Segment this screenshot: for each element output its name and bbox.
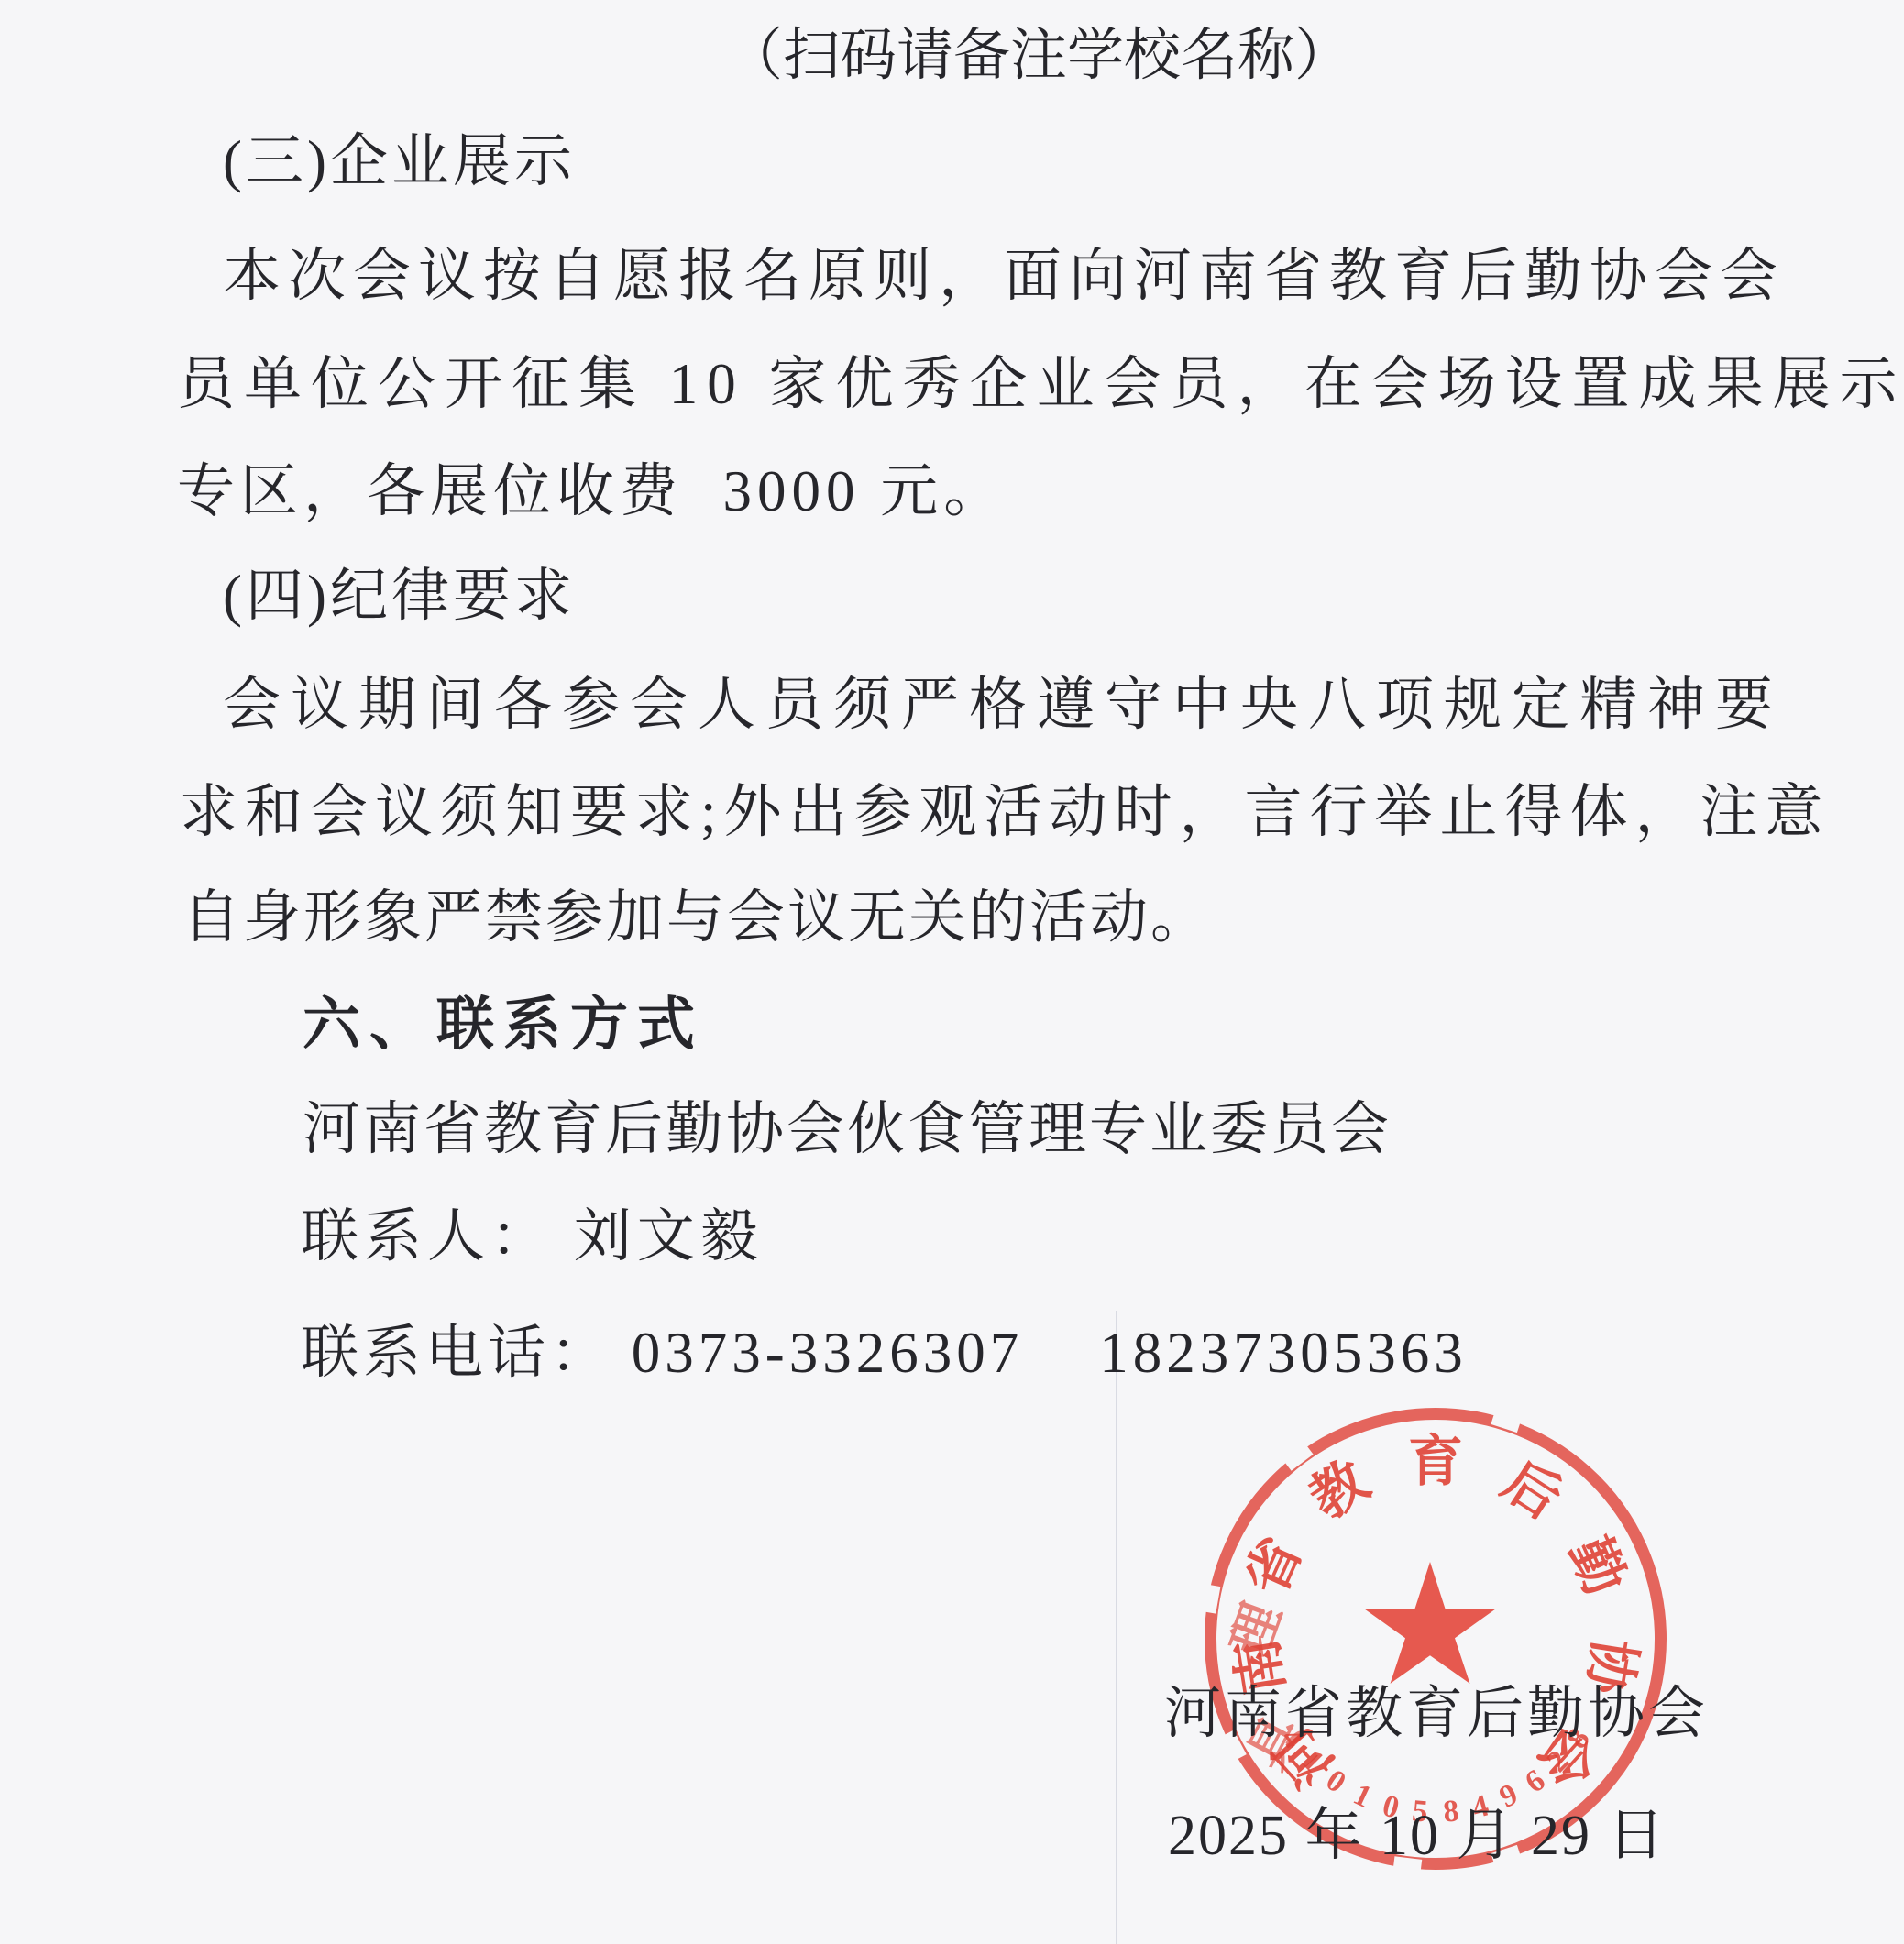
qr-caption-line: （扫码请备注学校名称） bbox=[726, 24, 1351, 89]
section-4-line-2: 求和会议须知要求;外出参观活动时，言行举止得体，注意 bbox=[180, 779, 1831, 845]
contact-person-line: 联系人： 刘文毅 bbox=[301, 1203, 764, 1269]
contact-organization-line: 河南省教育后勤协会伙食管理专业委员会 bbox=[303, 1096, 1392, 1162]
scan-crease-artifact bbox=[1116, 1311, 1117, 1944]
section-3-heading: (三)企业展示 bbox=[223, 128, 576, 194]
section-4-line-1: 会议期间各参会人员须严格遵守中央八项规定精神要 bbox=[223, 672, 1783, 738]
section-6-heading: 六、联系方式 bbox=[303, 992, 704, 1058]
seal-ring-char: 育 bbox=[1408, 1434, 1463, 1489]
section-3-line-1: 本次会议按自愿报名原则，面向河南省教育后勤协会会 bbox=[223, 243, 1785, 309]
section-3-line-2: 员单位公开征集 10 家优秀企业会员，在会场设置成果展示 bbox=[177, 351, 1904, 417]
section-4-line-3: 自身形象严禁参加与会议无关的活动。 bbox=[182, 884, 1211, 950]
section-3-line-3: 专区，各展位收费 3000 元。 bbox=[177, 458, 1007, 524]
document-page: （扫码请备注学校名称） (三)企业展示 本次会议按自愿报名原则，面向河南省教育后… bbox=[0, 0, 1904, 1944]
contact-phone-line: 联系电话： 0373-3326307 18237305363 bbox=[301, 1320, 1468, 1386]
signature-org-line: 河南省教育后勤协会 bbox=[1164, 1682, 1709, 1747]
signature-date-line: 2025 年 10 月 29 日 bbox=[1168, 1804, 1667, 1869]
section-4-heading: (四)纪律要求 bbox=[223, 563, 576, 629]
